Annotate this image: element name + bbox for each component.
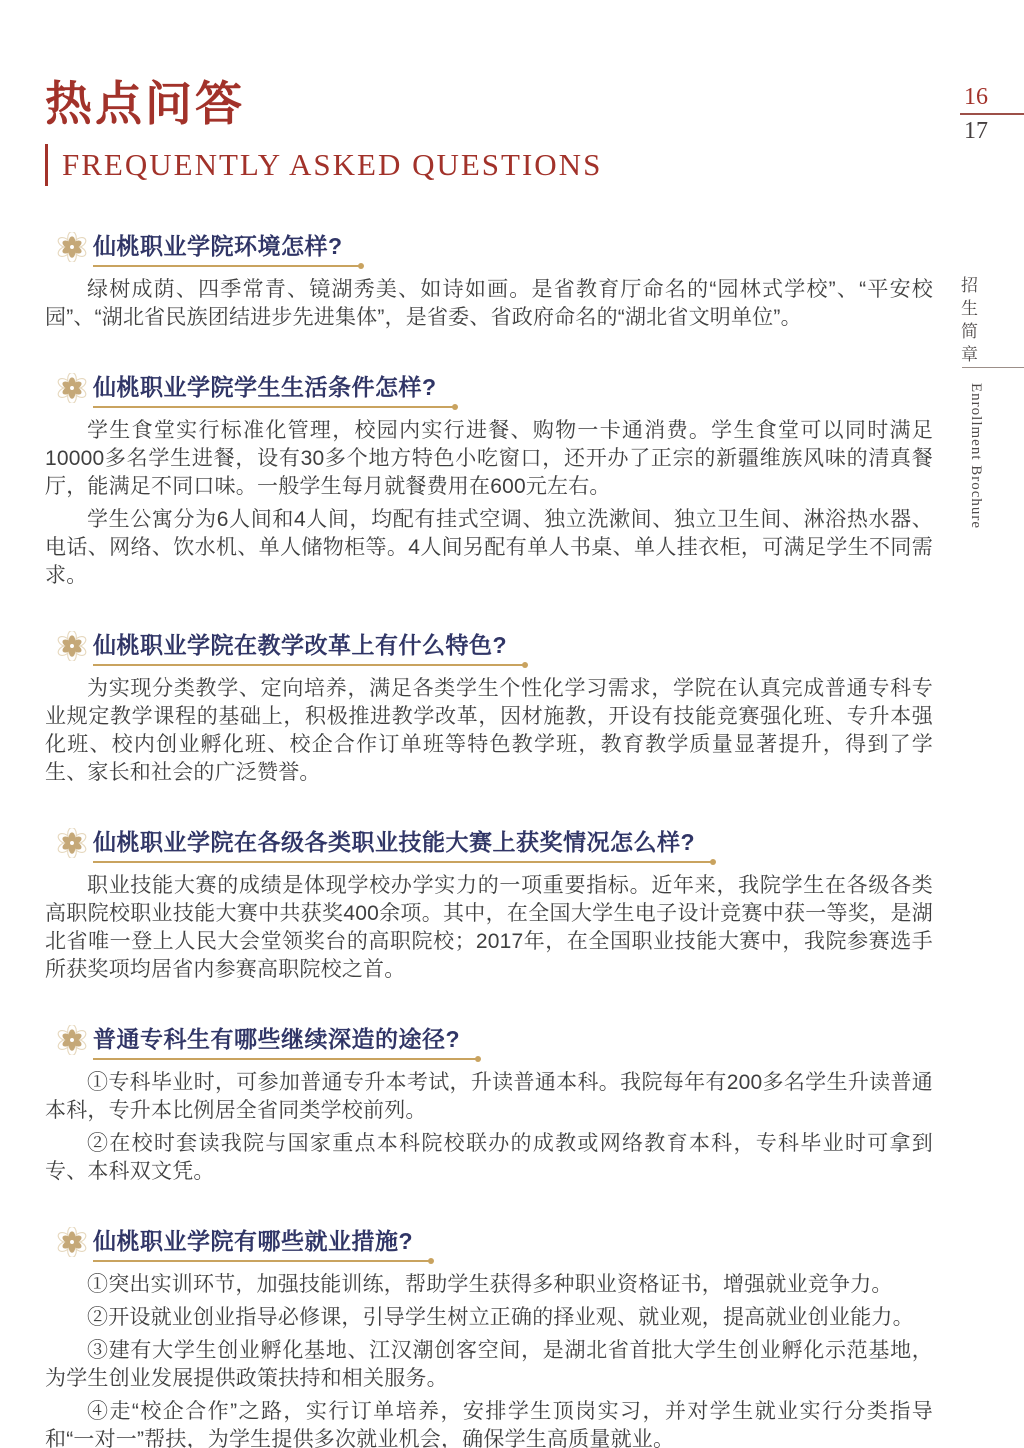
flower-icon <box>57 631 87 661</box>
page-header: 热点问答 FREQUENTLY ASKED QUESTIONS <box>45 80 933 187</box>
faq-question: 仙桃职业学院学生生活条件怎样? <box>93 374 455 408</box>
faq-answer: 绿树成荫、四季常青、镜湖秀美、如诗如画。是省教育厅命名的“园林式学校”、“平安校… <box>45 276 933 332</box>
page-number-current: 16 <box>960 84 1024 115</box>
page-subtitle-row: FREQUENTLY ASKED QUESTIONS <box>45 143 933 187</box>
flower-icon <box>57 373 87 403</box>
rail-divider <box>962 367 1024 368</box>
faq-section: 仙桃职业学院在教学改革上有什么特色? 为实现分类教学、定向培养，满足各类学生个性… <box>45 632 933 787</box>
faq-question-row: 仙桃职业学院在各级各类职业技能大赛上获奖情况怎么样? <box>45 829 933 863</box>
faq-section: 仙桃职业学院有哪些就业措施? ①突出实训环节，加强技能训练，帮助学生获得多种职业… <box>45 1228 933 1448</box>
faq-question-row: 仙桃职业学院有哪些就业措施? <box>45 1228 933 1262</box>
rail-label-en: Enrollment Brochure <box>967 383 984 529</box>
faq-paragraph: 学生食堂实行标准化管理，校园内实行进餐、购物一卡通消费。学生食堂可以同时满足10… <box>45 417 933 501</box>
faq-list: 仙桃职业学院环境怎样? 绿树成荫、四季常青、镜湖秀美、如诗如画。是省教育厅命名的… <box>45 233 933 1448</box>
page-subtitle: FREQUENTLY ASKED QUESTIONS <box>62 147 602 183</box>
flower-icon <box>57 232 87 262</box>
side-rail: 16 17 招生简章 Enrollment Brochure <box>954 0 1024 1448</box>
page-numbers: 16 17 <box>960 84 1024 144</box>
subtitle-accent-bar <box>45 144 48 186</box>
page-number-next: 17 <box>960 115 1024 144</box>
faq-question-row: 仙桃职业学院环境怎样? <box>45 233 933 267</box>
faq-question: 普通专科生有哪些继续深造的途径? <box>93 1026 478 1060</box>
faq-paragraph: ③建有大学生创业孵化基地、江汉潮创客空间，是湖北省首批大学生创业孵化示范基地，为… <box>45 1337 933 1393</box>
faq-question: 仙桃职业学院在教学改革上有什么特色? <box>93 632 525 666</box>
faq-paragraph: ①突出实训环节，加强技能训练，帮助学生获得多种职业资格证书，增强就业竞争力。 <box>45 1271 933 1299</box>
faq-paragraph: ①专科毕业时，可参加普通专升本考试，升读普通本科。我院每年有200多名学生升读普… <box>45 1069 933 1125</box>
rail-label-cn: 招生简章 <box>955 276 980 368</box>
flower-icon <box>57 1025 87 1055</box>
faq-question: 仙桃职业学院环境怎样? <box>93 233 361 267</box>
faq-paragraph: ②在校时套读我院与国家重点本科院校联办的成教或网络教育本科，专科毕业时可拿到专、… <box>45 1130 933 1186</box>
faq-question-row: 仙桃职业学院学生生活条件怎样? <box>45 374 933 408</box>
faq-answer: ①突出实训环节，加强技能训练，帮助学生获得多种职业资格证书，增强就业竞争力。②开… <box>45 1271 933 1448</box>
faq-question-row: 仙桃职业学院在教学改革上有什么特色? <box>45 632 933 666</box>
faq-question-row: 普通专科生有哪些继续深造的途径? <box>45 1026 933 1060</box>
flower-icon <box>57 1227 87 1257</box>
faq-answer: ①专科毕业时，可参加普通专升本考试，升读普通本科。我院每年有200多名学生升读普… <box>45 1069 933 1186</box>
faq-paragraph: 职业技能大赛的成绩是体现学校办学实力的一项重要指标。近年来，我院学生在各级各类高… <box>45 872 933 984</box>
faq-question: 仙桃职业学院有哪些就业措施? <box>93 1228 431 1262</box>
faq-paragraph: ②开设就业创业指导必修课，引导学生树立正确的择业观、就业观，提高就业创业能力。 <box>45 1304 933 1332</box>
faq-section: 仙桃职业学院学生生活条件怎样? 学生食堂实行标准化管理，校园内实行进餐、购物一卡… <box>45 374 933 590</box>
faq-answer: 职业技能大赛的成绩是体现学校办学实力的一项重要指标。近年来，我院学生在各级各类高… <box>45 872 933 984</box>
main-content: 热点问答 FREQUENTLY ASKED QUESTIONS <box>45 0 933 1448</box>
faq-answer: 学生食堂实行标准化管理，校园内实行进餐、购物一卡通消费。学生食堂可以同时满足10… <box>45 417 933 590</box>
page-title: 热点问答 <box>45 80 933 130</box>
faq-paragraph: 绿树成荫、四季常青、镜湖秀美、如诗如画。是省教育厅命名的“园林式学校”、“平安校… <box>45 276 933 332</box>
faq-section: 普通专科生有哪些继续深造的途径? ①专科毕业时，可参加普通专升本考试，升读普通本… <box>45 1026 933 1186</box>
faq-paragraph: ④走“校企合作”之路，实行订单培养，安排学生顶岗实习，并对学生就业实行分类指导和… <box>45 1398 933 1448</box>
faq-answer: 为实现分类教学、定向培养，满足各类学生个性化学习需求，学院在认真完成普通专科专业… <box>45 675 933 787</box>
brochure-page: 热点问答 FREQUENTLY ASKED QUESTIONS <box>0 0 1024 1448</box>
faq-paragraph: 为实现分类教学、定向培养，满足各类学生个性化学习需求，学院在认真完成普通专科专业… <box>45 675 933 787</box>
faq-question: 仙桃职业学院在各级各类职业技能大赛上获奖情况怎么样? <box>93 829 713 863</box>
flower-icon <box>57 828 87 858</box>
faq-section: 仙桃职业学院环境怎样? 绿树成荫、四季常青、镜湖秀美、如诗如画。是省教育厅命名的… <box>45 233 933 332</box>
faq-paragraph: 学生公寓分为6人间和4人间，均配有挂式空调、独立洗漱间、独立卫生间、淋浴热水器、… <box>45 506 933 590</box>
faq-section: 仙桃职业学院在各级各类职业技能大赛上获奖情况怎么样? 职业技能大赛的成绩是体现学… <box>45 829 933 984</box>
